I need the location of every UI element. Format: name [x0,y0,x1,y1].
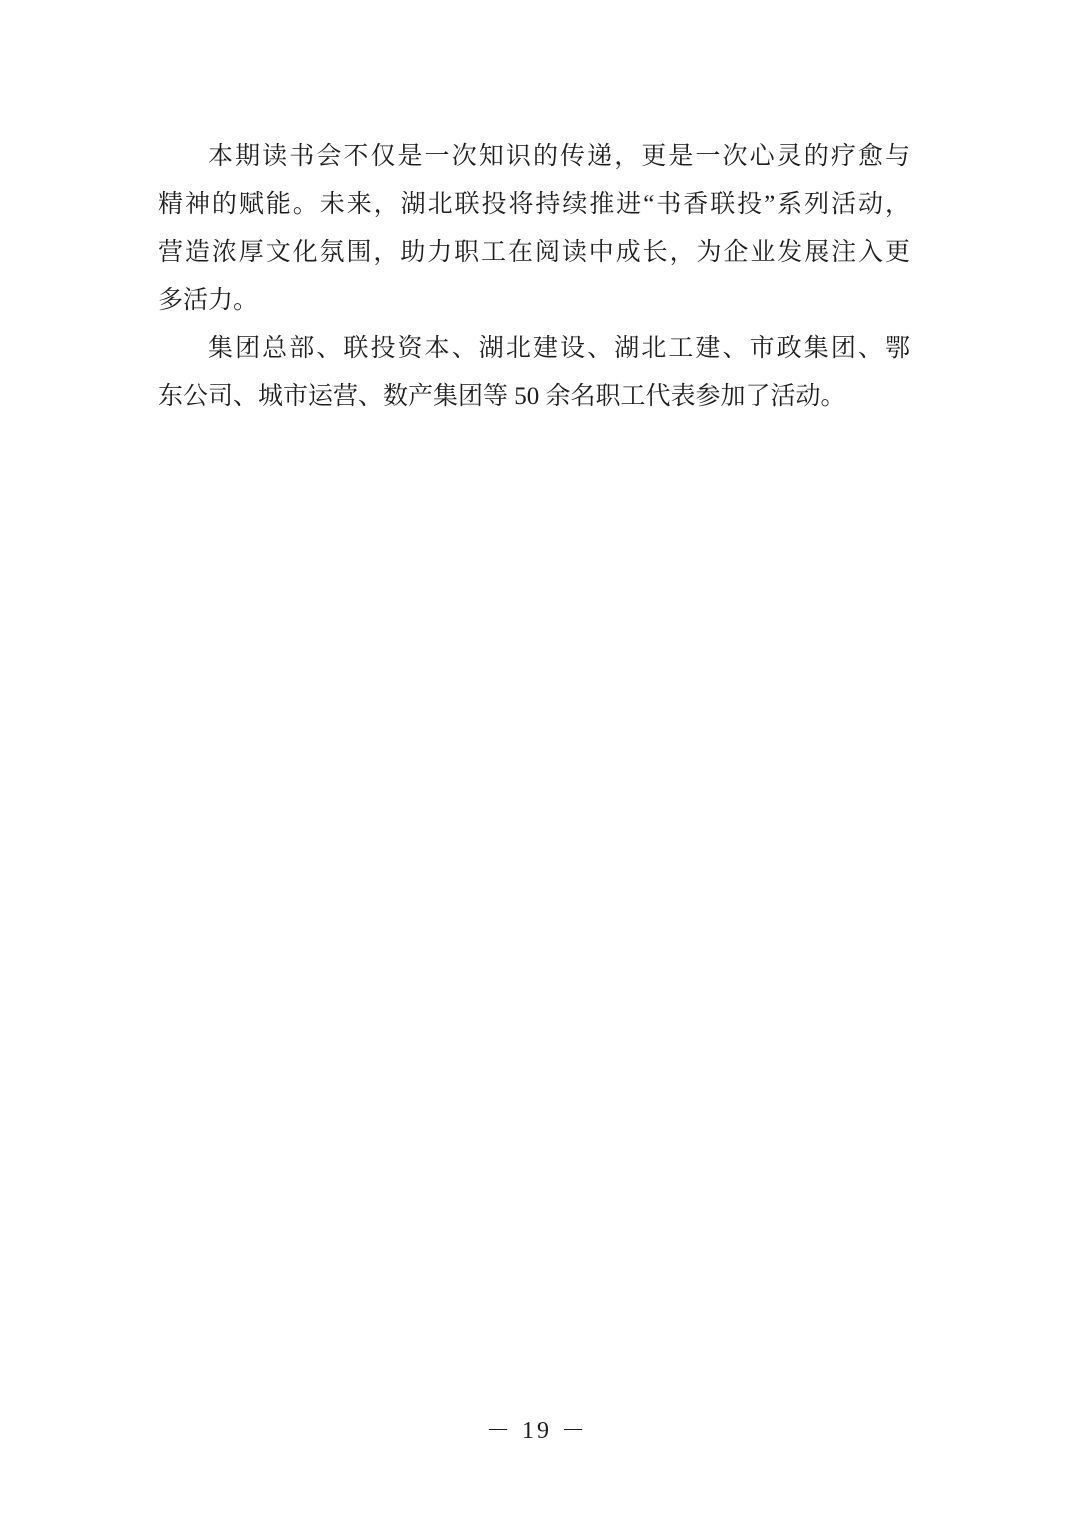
paragraph-2-line-2: 东公司、城市运营、数产集团等 50 余名职工代表参加了活动。 [158,373,910,421]
document-page: 本期读书会不仅是一次知识的传递，更是一次心灵的疗愈与 精神的赋能。未来，湖北联投… [0,0,1074,1520]
document-text-block: 本期读书会不仅是一次知识的传递，更是一次心灵的疗愈与 精神的赋能。未来，湖北联投… [158,133,910,421]
paragraph-2-line-1: 集团总部、联投资本、湖北建设、湖北工建、市政集团、鄂 [158,325,910,373]
paragraph-1-line-4: 多活力。 [158,277,910,325]
page-number: － 19 － [486,1410,588,1445]
paragraph-1-line-3: 营造浓厚文化氛围，助力职工在阅读中成长，为企业发展注入更 [158,229,910,277]
page-footer: － 19 － [0,1410,1074,1445]
paragraph-2: 集团总部、联投资本、湖北建设、湖北工建、市政集团、鄂 东公司、城市运营、数产集团… [158,325,910,421]
paragraph-1-line-1: 本期读书会不仅是一次知识的传递，更是一次心灵的疗愈与 [158,133,910,181]
paragraph-1-line-2: 精神的赋能。未来，湖北联投将持续推进“书香联投”系列活动， [158,181,910,229]
paragraph-1: 本期读书会不仅是一次知识的传递，更是一次心灵的疗愈与 精神的赋能。未来，湖北联投… [158,133,910,325]
